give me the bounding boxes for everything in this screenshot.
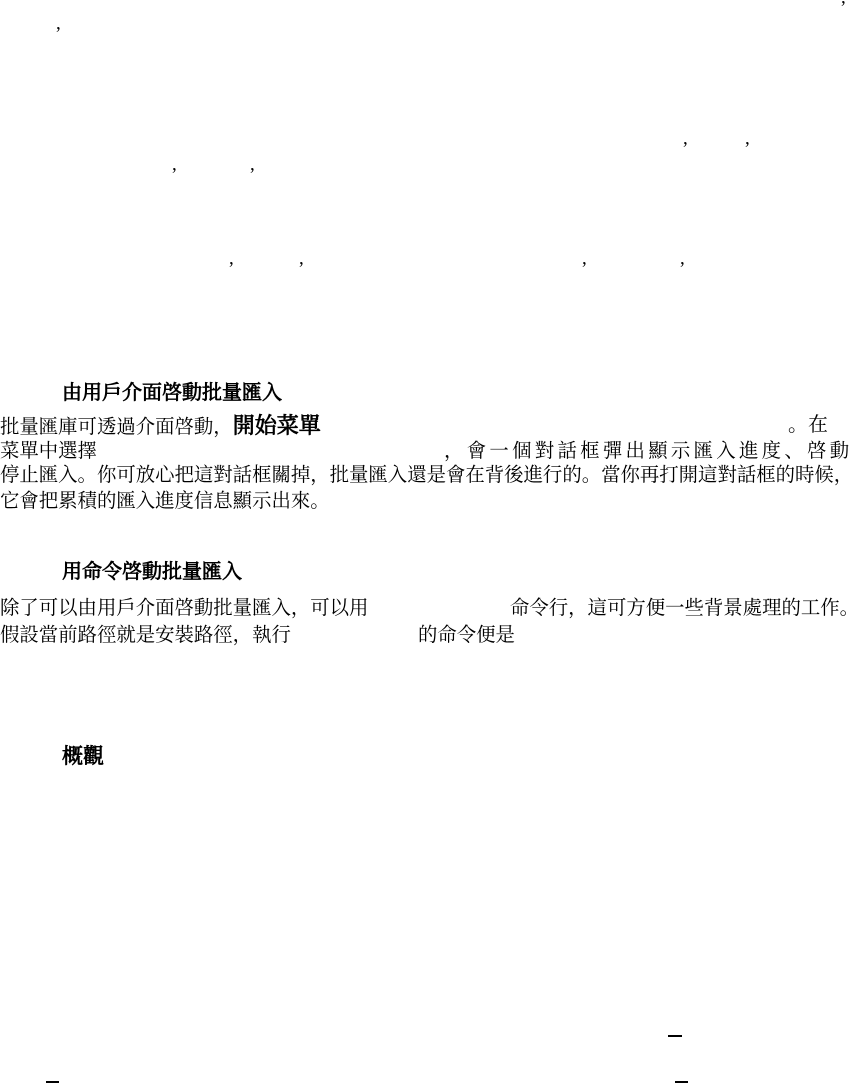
start-menu-label: 開始菜單: [233, 413, 321, 438]
paragraph-text: 批量匯庫可透過介面啓動，: [0, 417, 233, 438]
stray-comma: ,: [680, 249, 690, 268]
paragraph-line: 它會把累積的匯入進度信息顯示出來。: [0, 490, 330, 514]
paragraph-fragment: 。在: [788, 413, 828, 437]
stray-comma: ,: [229, 249, 239, 268]
paragraph-fragment: 命令行，這可方便一些背景處理的工作。: [510, 597, 853, 621]
paragraph-fragment: ，會一個對話框彈出顯示匯入進度、啓動: [444, 440, 852, 464]
paragraph-line: 批量匯庫可透過介面啓動，開始菜單: [0, 414, 321, 440]
stray-dash: [675, 1081, 688, 1083]
document-page: , , , , , , , , , , 由用戶介面啓動批量匯入 批量匯庫可透過介…: [0, 0, 853, 1085]
stray-comma: ,: [745, 129, 755, 148]
paragraph-line: 停止匯入。你可放心把這對話框關掉，批量匯入還是會在背後進行的。當你再打開這對話框…: [0, 464, 853, 488]
paragraph-fragment: 假設當前路徑就是安裝路徑，執行: [0, 624, 291, 648]
stray-comma: ,: [841, 0, 851, 7]
paragraph-fragment: 的命令便是: [418, 624, 515, 648]
stray-comma: ,: [56, 14, 66, 33]
stray-comma: ,: [683, 129, 693, 148]
paragraph-fragment: 除了可以由用戶介面啓動批量匯入，可以用: [0, 597, 368, 621]
section-heading-ui-batch-import: 由用戶介面啓動批量匯入: [62, 380, 282, 406]
paragraph-fragment: 菜單中選擇: [0, 440, 97, 464]
stray-dash: [668, 1035, 682, 1037]
section-heading-overview: 概觀: [62, 743, 104, 769]
section-heading-cmd-batch-import: 用命令啓動批量匯入: [62, 559, 242, 585]
stray-comma: ,: [250, 155, 260, 174]
stray-comma: ,: [172, 155, 182, 174]
stray-comma: ,: [582, 249, 592, 268]
stray-comma: ,: [299, 249, 309, 268]
stray-dash: [46, 1081, 59, 1083]
